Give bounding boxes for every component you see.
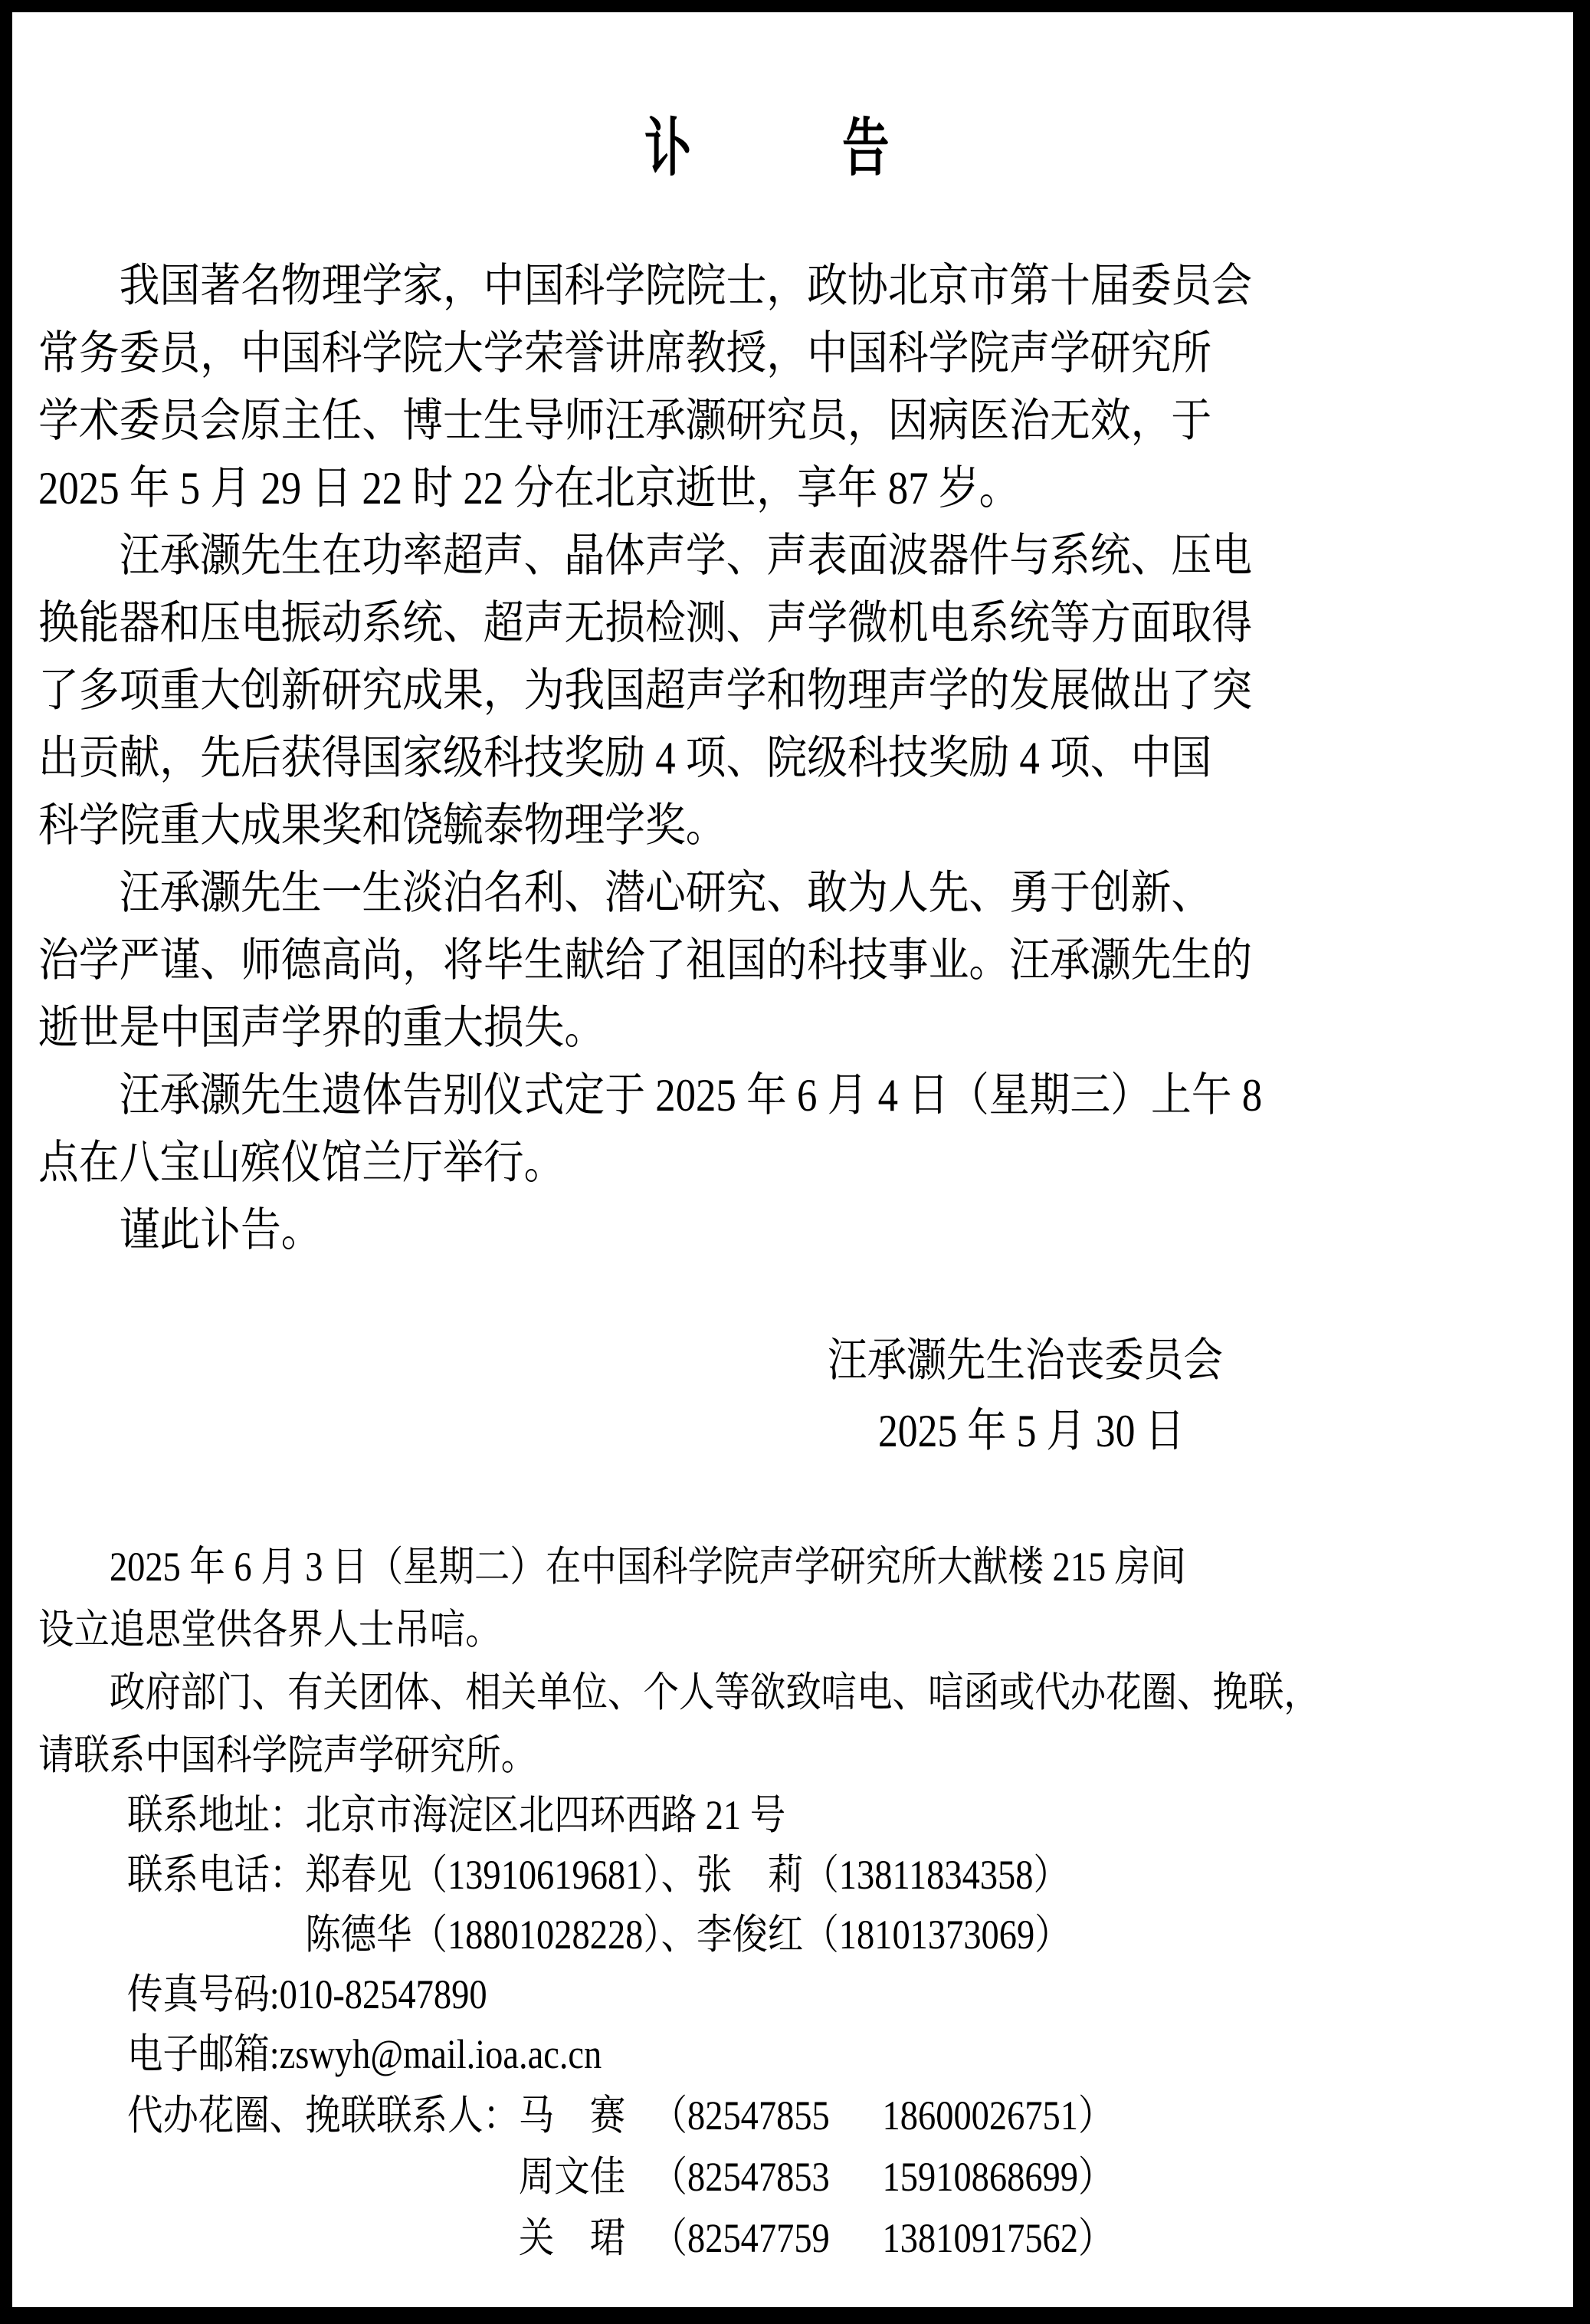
wreath-row-1: 代办花圈、挽联联系人：马 赛（8254785518600026751） — [127, 2091, 1113, 2140]
body-line: 汪承灏先生遗体告别仪式定于 2025 年 6 月 4 日（星期三）上午 8 — [38, 1068, 1262, 1122]
address-row: 联系地址：北京市海淀区北四环西路 21 号 — [127, 1791, 785, 1840]
address-label: 联系地址： — [127, 1792, 305, 1838]
phone-number[interactable]: 13811834358 — [839, 1852, 1034, 1898]
phone-number[interactable]: 13910619681 — [447, 1852, 643, 1898]
notice-line: 2025 年 6 月 3 日（星期二）在中国科学院声学研究所大猷楼 215 房间 — [38, 1542, 1186, 1591]
email-row: 电子邮箱:zswyh@mail.ioa.ac.cn — [127, 2030, 602, 2079]
address-value: 北京市海淀区北四环西路 21 号 — [305, 1792, 785, 1838]
office-phone[interactable]: 82547853 — [687, 2154, 830, 2200]
committee-signature: 汪承灏先生治丧委员会 — [828, 1334, 1223, 1387]
email-label: 电子邮箱: — [127, 2031, 280, 2077]
wreath-contact-name: 马 赛 — [519, 2093, 625, 2139]
body-line: 出贡献，先后获得国家级科技奖励 4 项、院级科技奖励 4 项、中国 — [38, 731, 1211, 785]
body-line: 治学严谨、师德高尚，将毕生献给了祖国的科技事业。汪承灏先生的 — [38, 934, 1252, 987]
notice-line: 请联系中国科学院声学研究所。 — [38, 1731, 536, 1780]
body-line: 谨此讣告。 — [38, 1203, 322, 1257]
mobile-phone[interactable]: 15910868699 — [883, 2154, 1078, 2200]
phone-row-1: 联系电话：郑春见（13910619681）、张 莉（13811834358） — [127, 1850, 1069, 1899]
phone-contact-name: 陈德华 — [305, 1912, 411, 1958]
fax-label: 传真号码: — [127, 1971, 280, 2017]
phone-contact-name: 郑春见 — [305, 1852, 411, 1898]
mobile-phone[interactable]: 13810917562 — [883, 2215, 1078, 2261]
fax-value: 010-82547890 — [280, 1971, 487, 2017]
fax-row: 传真号码:010-82547890 — [127, 1970, 487, 2019]
body-line: 我国著名物理学家，中国科学院院士，政协北京市第十届委员会 — [38, 259, 1252, 313]
email-link[interactable]: zswyh@mail.ioa.ac.cn — [280, 2031, 602, 2077]
body-line: 常务委员，中国科学院大学荣誉讲席教授，中国科学院声学研究所 — [38, 327, 1211, 380]
wreath-row-2: 代办花圈、挽联联系人：周文佳（8254785315910868699） — [127, 2152, 1113, 2201]
body-line: 逝世是中国声学界的重大损失。 — [38, 1001, 605, 1055]
body-line: 点在八宝山殡仪馆兰厅举行。 — [38, 1136, 564, 1190]
body-line: 汪承灏先生在功率超声、晶体声学、声表面波器件与系统、压电 — [38, 529, 1252, 583]
page-title: 讣 告 — [208, 110, 1379, 187]
body-line: 2025 年 5 月 29 日 22 时 22 分在北京逝世，享年 87 岁。 — [38, 461, 1019, 515]
body-line: 换能器和压电振动系统、超声无损检测、声学微机电系统等方面取得 — [38, 596, 1252, 650]
notice-line: 设立追思堂供各界人士吊唁。 — [38, 1605, 501, 1654]
wreath-label: 代办花圈、挽联联系人： — [127, 2093, 519, 2139]
office-phone[interactable]: 82547855 — [687, 2093, 830, 2139]
phone-number[interactable]: 18801028228 — [447, 1912, 643, 1958]
phone-number[interactable]: 18101373069 — [839, 1912, 1034, 1958]
phone-contact-name: 张 莉 — [697, 1852, 803, 1898]
wreath-row-3: 代办花圈、挽联联系人：关 珺（8254775913810917562） — [127, 2214, 1113, 2263]
signature-date: 2025 年 5 月 30 日 — [878, 1404, 1185, 1458]
body-line: 学术委员会原主任、博士生导师汪承灏研究员，因病医治无效，于 — [38, 394, 1211, 448]
wreath-contact-name: 关 珺 — [519, 2215, 625, 2261]
wreath-contact-name: 周文佳 — [519, 2154, 625, 2200]
office-phone[interactable]: 82547759 — [687, 2215, 830, 2261]
notice-line: 政府部门、有关团体、相关单位、个人等欲致唁电、唁函或代办花圈、挽联， — [38, 1668, 1320, 1717]
phone-label: 联系电话： — [127, 1852, 305, 1898]
phone-row-2: 联系电话：陈德华（18801028228）、李俊红（18101373069） — [127, 1910, 1070, 1959]
obituary-page: 讣 告 我国著名物理学家，中国科学院院士，政协北京市第十届委员会 常务委员，中国… — [12, 12, 1573, 2307]
body-line: 科学院重大成果奖和饶毓泰物理学奖。 — [38, 799, 726, 852]
body-line: 汪承灏先生一生淡泊名利、潜心研究、敢为人先、勇于创新、 — [38, 866, 1211, 920]
phone-contact-name: 李俊红 — [697, 1912, 803, 1958]
body-line: 了多项重大创新研究成果，为我国超声学和物理声学的发展做出了突 — [38, 664, 1252, 717]
mobile-phone[interactable]: 18600026751 — [883, 2093, 1078, 2139]
